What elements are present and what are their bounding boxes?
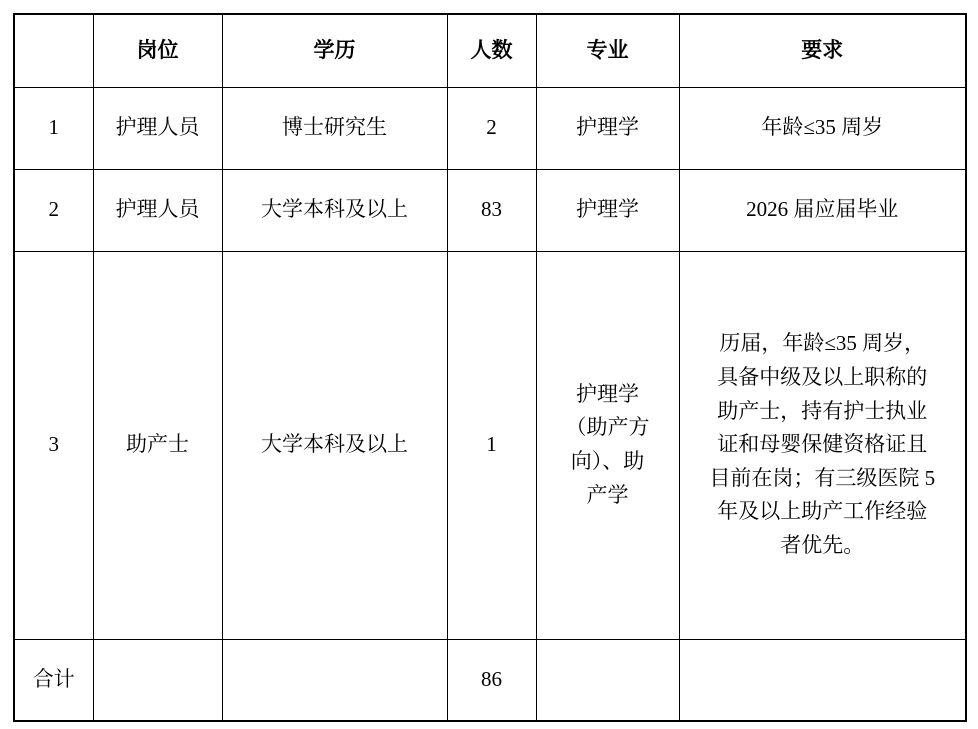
cell-row3-index: 3 — [14, 251, 93, 639]
cell-row1-index: 1 — [14, 87, 93, 169]
cell-row3-count: 1 — [447, 251, 536, 639]
cell-row3-requirement: 历届，年龄≤35 周岁， 具备中级及以上职称的 助产士，持有护士执业 证和母婴保… — [679, 251, 966, 639]
cell-row3-position: 助产士 — [93, 251, 222, 639]
cell-total-count: 86 — [447, 639, 536, 721]
cell-row1-requirement: 年龄≤35 周岁 — [679, 87, 966, 169]
header-cell-major: 专业 — [536, 14, 679, 87]
cell-row1-position: 护理人员 — [93, 87, 222, 169]
cell-row1-education: 博士研究生 — [222, 87, 447, 169]
table-row-1: 1 护理人员 博士研究生 2 护理学 年龄≤35 周岁 — [14, 87, 966, 169]
table-row-3: 3 助产士 大学本科及以上 1 护理学 （助产方 向）、助 产学 历届，年龄≤3… — [14, 251, 966, 639]
cell-row2-education: 大学本科及以上 — [222, 169, 447, 251]
cell-row3-education: 大学本科及以上 — [222, 251, 447, 639]
cell-total-requirement — [679, 639, 966, 721]
cell-row1-count: 2 — [447, 87, 536, 169]
cell-total-education — [222, 639, 447, 721]
recruitment-table-container: 岗位 学历 人数 专业 要求 1 护理人员 博士研究生 2 护理学 年龄≤35 … — [13, 13, 967, 722]
header-cell-education: 学历 — [222, 14, 447, 87]
recruitment-table: 岗位 学历 人数 专业 要求 1 护理人员 博士研究生 2 护理学 年龄≤35 … — [13, 13, 967, 722]
cell-total-label: 合计 — [14, 639, 93, 721]
cell-row1-major: 护理学 — [536, 87, 679, 169]
header-cell-position: 岗位 — [93, 14, 222, 87]
cell-row2-position: 护理人员 — [93, 169, 222, 251]
total-row: 合计 86 — [14, 639, 966, 721]
cell-row2-requirement: 2026 届应届毕业 — [679, 169, 966, 251]
cell-total-major — [536, 639, 679, 721]
header-cell-index — [14, 14, 93, 87]
cell-row2-count: 83 — [447, 169, 536, 251]
header-cell-count: 人数 — [447, 14, 536, 87]
cell-total-position — [93, 639, 222, 721]
header-row: 岗位 学历 人数 专业 要求 — [14, 14, 966, 87]
cell-row3-major: 护理学 （助产方 向）、助 产学 — [536, 251, 679, 639]
table-row-2: 2 护理人员 大学本科及以上 83 护理学 2026 届应届毕业 — [14, 169, 966, 251]
cell-row2-major: 护理学 — [536, 169, 679, 251]
cell-row2-index: 2 — [14, 169, 93, 251]
header-cell-requirement: 要求 — [679, 14, 966, 87]
